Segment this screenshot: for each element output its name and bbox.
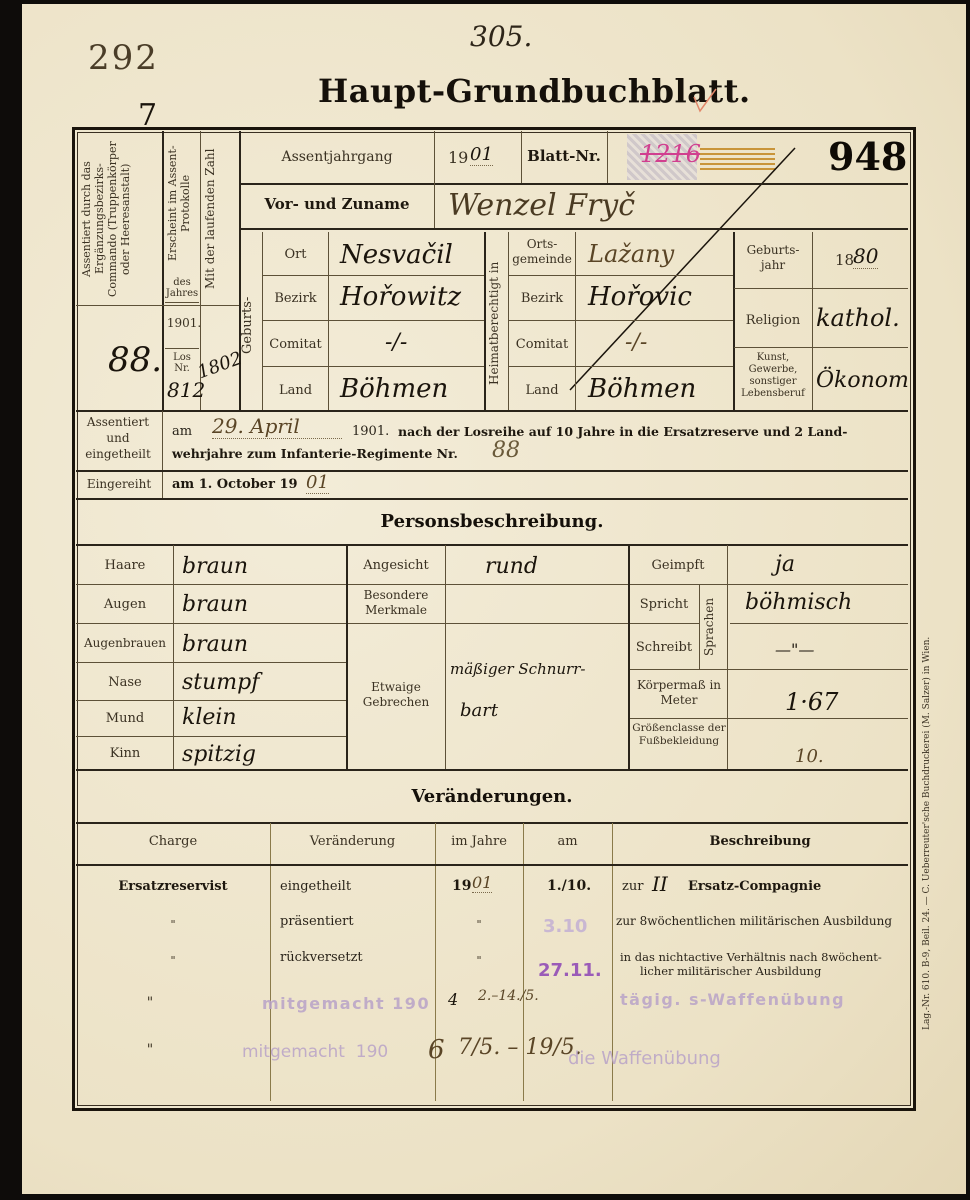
row3-veraenderung: rückversetzt — [280, 950, 363, 965]
augenbrauen-label: Augenbrauen — [78, 636, 172, 651]
row1-charge: Ersatzreservist — [76, 879, 270, 894]
col-am-header: am — [523, 834, 612, 849]
row1-beschreibung-pre: zur — [622, 879, 643, 894]
eingereiht-label: Eingereiht — [78, 477, 160, 492]
assentiert-am: am — [172, 424, 192, 439]
schreibt-label: Schreibt — [630, 640, 698, 655]
kinn-value: spitzig — [182, 742, 256, 767]
heimatberechtigt-label: Heimatberechtigt in — [487, 238, 507, 408]
haare-value: braun — [182, 554, 248, 579]
geburtsjahr-value: 80 — [853, 244, 878, 269]
beruf-label: Kunst, Gewerbe, sonstiger Lebensberuf — [738, 352, 808, 400]
row4-beschreibung-stamp: tägig. s-Waffenübung — [620, 990, 845, 1009]
home-comitat-label: Comitat — [509, 337, 575, 352]
geimpft-label: Geimpft — [630, 558, 726, 573]
eingereiht-text: am 1. October 19 — [172, 477, 298, 492]
geburtsjahr-label: Geburts-jahr — [736, 243, 810, 273]
birth-comitat-label: Comitat — [263, 337, 328, 352]
augenbrauen-value: braun — [182, 632, 248, 657]
row2-charge: " — [76, 917, 270, 932]
assentiert-year: 1901. — [352, 424, 389, 439]
col-veraenderung-header: Veränderung — [270, 834, 435, 849]
row2-veraenderung: präsentiert — [280, 914, 354, 929]
eingereiht-year: 01 — [306, 472, 329, 494]
home-ortsgemeinde-label: Orts-gemeinde — [512, 237, 572, 267]
name-value: Wenzel Fryč — [448, 188, 635, 223]
top-center-number: 305. — [470, 20, 532, 53]
page-title: Haupt-Grundbuchblatt. — [318, 72, 751, 110]
row5-jahr-hand: 6 — [428, 1035, 445, 1065]
row5-charge: " — [120, 1043, 180, 1058]
col-beschreibung-header: Beschreibung — [612, 834, 908, 849]
des-jahres-label: des Jahres — [165, 277, 199, 299]
sprachen-label: Sprachen — [702, 588, 724, 666]
los-nr-value: 812 — [167, 378, 205, 402]
printer-note: Lag.-Nr. 610. B-9, Beil. 24. — C. Ueberr… — [922, 560, 946, 1030]
name-label: Vor- und Zuname — [240, 197, 434, 212]
red-check-mark — [690, 85, 718, 115]
mund-label: Mund — [78, 711, 172, 726]
row2-jahr: " — [435, 917, 523, 932]
row2-beschreibung: zur 8wöchentlichen militärischen Ausbild… — [616, 914, 892, 928]
assentjahrgang-value: 01 — [470, 144, 493, 166]
personsbeschreibung-title: Personsbeschreibung. — [76, 511, 908, 532]
row1-jahr: 19 — [452, 878, 471, 894]
spricht-value: böhmisch — [745, 590, 852, 615]
geburts-label: Geburts- — [241, 290, 261, 360]
birth-land-value: Böhmen — [340, 374, 448, 404]
row2-am-stamp: 3.10 — [543, 916, 587, 937]
koerpermass-value: 1·67 — [785, 688, 838, 716]
angesicht-label: Angesicht — [348, 558, 444, 573]
merkmale-label: Besondere Merkmale — [350, 588, 442, 618]
geimpft-value: ja — [775, 552, 795, 577]
assentiert-label: Assentiert und eingetheilt — [78, 414, 158, 462]
religion-value: kathol. — [816, 304, 900, 332]
assentiert-durch-label: Assentiert durch das Ergänzungsbezirks-C… — [80, 134, 158, 304]
birth-ort-value: Nesvačil — [340, 240, 453, 270]
schreibt-value: —"— — [775, 640, 814, 659]
top-left-number: 292 — [88, 38, 159, 78]
mund-value: klein — [182, 705, 237, 730]
augen-value: braun — [182, 592, 248, 617]
regiment-value: 88 — [492, 438, 520, 463]
home-bezirk-value: Hořovic — [588, 282, 692, 312]
home-land-value: Böhmen — [588, 374, 696, 404]
home-land-label: Land — [509, 383, 575, 398]
des-jahres-value: 1901. — [164, 316, 204, 331]
birth-bezirk-label: Bezirk — [263, 291, 328, 306]
beruf-value: Ökonom — [816, 368, 909, 393]
birth-land-label: Land — [263, 383, 328, 398]
birth-bezirk-value: Hořowitz — [340, 282, 461, 312]
home-comitat-value: -/- — [625, 330, 647, 355]
row4-stamp: mitgemacht 190 — [262, 994, 430, 1013]
nase-label: Nase — [78, 675, 172, 690]
fussbekleidung-label: Größenclasse der Fußbekleidung — [632, 722, 726, 748]
col-charge-header: Charge — [76, 834, 270, 849]
augen-label: Augen — [78, 597, 172, 612]
row1-veraenderung: eingetheilt — [280, 879, 351, 894]
birth-ort-label: Ort — [263, 247, 328, 262]
row3-beschreibung-line1: in das nichtactive Verhältnis nach 8wöch… — [620, 950, 882, 964]
blatt-nr-value: 948 — [828, 134, 907, 179]
religion-label: Religion — [736, 313, 810, 328]
gebrechen-value-line2: bart — [460, 700, 498, 721]
home-ortsgemeinde-value: Lažany — [588, 240, 674, 268]
home-bezirk-label: Bezirk — [509, 291, 575, 306]
kinn-label: Kinn — [78, 746, 172, 761]
row3-charge: " — [76, 953, 270, 968]
row1-beschreibung-hand: II — [652, 872, 668, 896]
haare-label: Haare — [78, 558, 172, 573]
nase-value: stumpf — [182, 670, 259, 695]
row1-jahr-hand: 01 — [472, 873, 492, 893]
row5-beschreibung-stamp: die Waffenübung — [568, 1048, 721, 1069]
row3-jahr: " — [435, 953, 523, 968]
col-jahr-header: im Jahre — [435, 834, 523, 849]
row3-beschreibung-line2: licher militärischer Ausbildung — [640, 964, 821, 978]
veraenderungen-title: Veränderungen. — [76, 786, 908, 807]
row3-am-stamp: 27.11. — [538, 960, 602, 981]
assentiert-durch-value: 88. — [108, 340, 162, 380]
koerpermass-label: Körpermaß in Meter — [632, 678, 726, 708]
assentiert-text-line2: wehrjahre zum Infanterie-Regimente Nr. — [172, 446, 458, 461]
geburtsjahr-prefix: 18 — [835, 251, 854, 269]
gebrechen-label: Etwaige Gebrechen — [356, 680, 436, 710]
laufende-zahl-label: Mit der laufenden Zahl — [203, 134, 237, 304]
gebrechen-value-line1: mäßiger Schnurr- — [450, 660, 585, 678]
row1-beschreibung: Ersatz-Compagnie — [688, 879, 821, 894]
assentjahrgang-prefix: 19 — [448, 148, 468, 167]
assentjahrgang-label: Assentjahrgang — [240, 150, 434, 165]
row4-jahr-hand: 4 — [448, 990, 458, 1009]
row1-am: 1./10. — [547, 878, 591, 894]
fussbekleidung-value: 10. — [795, 746, 824, 767]
angesicht-value: rund — [485, 554, 538, 579]
row5-am-hand: 7/5. – 19/5. — [458, 1035, 582, 1060]
assentiert-date: 29. April — [212, 414, 342, 439]
protocol-label: Erscheint im Assent-Protokolle — [166, 134, 198, 272]
birth-comitat-value: -/- — [385, 330, 407, 355]
row4-am-hand: 2.–14./5. — [478, 988, 539, 1004]
row4-charge: " — [120, 996, 180, 1011]
row5-stamp: mitgemacht 190 — [242, 1042, 388, 1062]
spricht-label: Spricht — [630, 597, 698, 612]
assentiert-text-line1: nach der Losreihe auf 10 Jahre in die Er… — [398, 424, 847, 439]
